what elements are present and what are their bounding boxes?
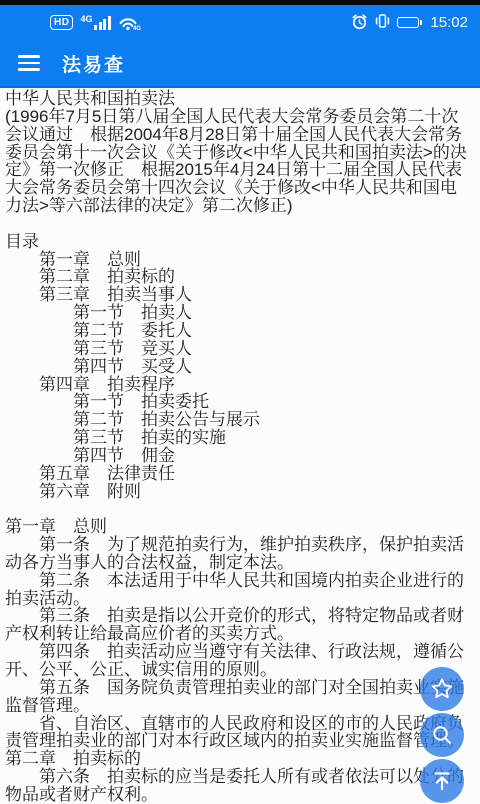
toc-entry: 第二节 拍卖公告与展示 [5,411,470,429]
search-icon [430,723,454,747]
blank-line [5,500,470,518]
status-right-group: 15:02 [351,13,468,33]
favorite-fab-button[interactable] [420,667,464,711]
hd-badge: HD [50,15,73,30]
menu-hamburger-button[interactable] [18,55,40,71]
alarm-icon [351,13,368,33]
toc-entry: 第三节 拍卖的实施 [5,429,470,447]
search-fab-button[interactable] [420,713,464,757]
toc-entry: 第二章 拍卖标的 [5,268,470,286]
wifi-icon: 4G [118,14,138,31]
doc-preamble: (1996年7月5日第八届全国人民代表大会常务委员会第二十次会议通过 根据200… [5,108,470,215]
doc-chapter: 第二章 拍卖标的 [5,750,470,768]
document-flow: 中华人民共和国拍卖法(1996年7月5日第八届全国人民代表大会常务委员会第二十次… [0,88,480,804]
clock-time: 15:02 [430,14,468,31]
toc-entry: 第四节 佣金 [5,447,470,465]
toc-entry: 第一节 拍卖委托 [5,393,470,411]
toc-entry: 第三节 竞买人 [5,340,470,358]
toc-entry: 第四章 拍卖程序 [5,376,470,394]
wifi-sub-badge: 4G [133,26,141,32]
doc-article: 第二条 本法适用于中华人民共和国境内拍卖企业进行的拍卖活动。 [5,572,470,608]
toc-entry: 第一章 总则 [5,251,470,269]
network-type-label: 4G [80,15,92,24]
toc-entry: 第六章 附则 [5,483,470,501]
vibrate-icon [374,13,391,32]
blank-line [5,215,470,233]
star-icon [429,676,455,702]
back-to-top-fab-button[interactable] [420,759,464,803]
toc-entry: 第一节 拍卖人 [5,304,470,322]
toc-heading: 目录 [5,233,470,251]
mobile-network-indicator: 4G [80,16,111,30]
doc-article: 第四条 拍卖活动应当遵守有关法律、行政法规，遵循公开、公平、公正、诚实信用的原则… [5,643,470,679]
doc-article: 第五条 国务院负责管理拍卖业的部门对全国拍卖业实施监督管理。 [5,679,470,715]
signal-bars-icon [94,16,111,30]
doc-article: 省、自治区、直辖市的人民政府和设区的市的人民政府负责管理拍卖业的部门对本行政区域… [5,715,470,751]
status-left-group: HD 4G 4G [50,14,138,31]
doc-article: 第一条 为了规范拍卖行为，维护拍卖秩序，保护拍卖活动各方当事人的合法权益，制定本… [5,536,470,572]
app-title: 法易查 [62,50,125,77]
toc-entry: 第三章 拍卖当事人 [5,286,470,304]
doc-title: 中华人民共和国拍卖法 [5,90,470,108]
toc-entry: 第四节 买受人 [5,358,470,376]
status-bar: HD 4G 4G [0,5,480,40]
battery-icon [397,17,422,28]
app-bar: 法易查 [0,40,480,88]
doc-article: 第六条 拍卖标的应当是委托人所有或者依法可以处分的物品或者财产权利。 [5,768,470,804]
toc-entry: 第五章 法律责任 [5,465,470,483]
top-icon [430,769,454,793]
doc-chapter: 第一章 总则 [5,518,470,536]
doc-article: 第三条 拍卖是指以公开竞价的形式，将特定物品或者财产权利转让给最高应价者的买卖方… [5,607,470,643]
toc-entry: 第二节 委托人 [5,322,470,340]
